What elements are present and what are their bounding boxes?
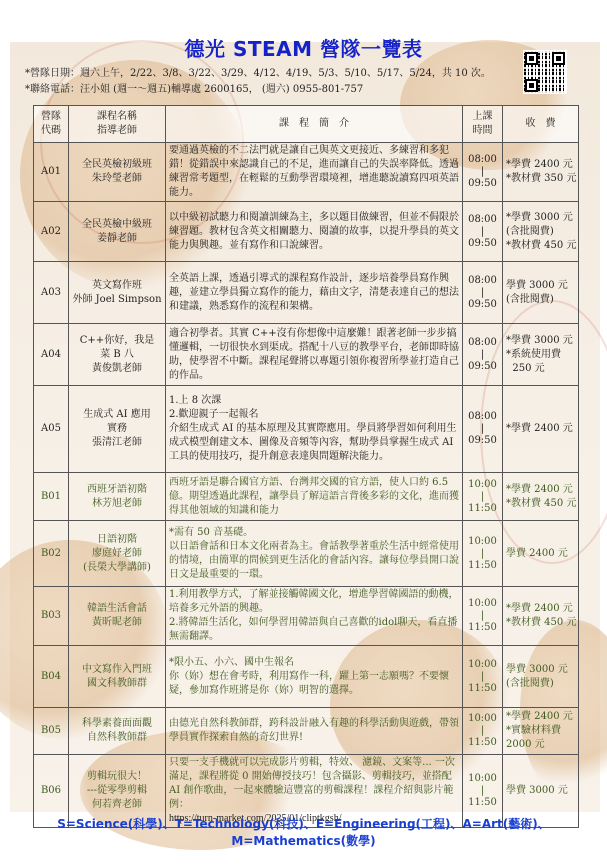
fee-line: *學費 2400 元: [506, 710, 575, 724]
course-fee: *學費 2400 元*實驗材料費2000 元: [503, 708, 579, 755]
course-name: 廖庭妤老師: [72, 547, 162, 561]
camp-code: B05: [34, 708, 69, 755]
description-line: 西班牙語是聯合國官方語、台灣邦交國的官方語，使人口約 6.5 億。期望透過此課程…: [169, 476, 459, 518]
time-divider: |: [466, 226, 499, 238]
teacher-name: 國文科教師群: [72, 677, 162, 691]
table-body: A01全民英檢初級班朱玲瑩老師要通過英檢的不二法門就是讓自己與英文更接近、多練習…: [34, 143, 579, 828]
time-end: 11:50: [466, 560, 499, 572]
course-fee: *學費 2400 元*教材費 350 元: [503, 143, 579, 202]
class-time: 10:00|11:50: [463, 587, 503, 646]
fee-line: *教材費 450 元: [506, 239, 575, 253]
fee-line: *學費 3000 元: [506, 211, 575, 225]
course-name: 實務: [72, 422, 162, 436]
fee-line: *學費 2400 元: [506, 483, 575, 497]
course-name: 全民英檢中級班: [72, 218, 162, 232]
fee-line: 學費 2400 元: [506, 547, 575, 561]
course-description: 以中級初試聽力和閱讀訓練為主，多以題目做練習，但並不侷限於練習題。教材包含英文相…: [166, 202, 463, 262]
steam-legend: S=Science(科學)、T=Technology(科技)、E=Enginee…: [0, 815, 607, 849]
table-header-row: 營隊 代碼 課程名稱 指導老師 課 程 簡 介 上課 時間 收 費: [34, 106, 579, 143]
course-fee: 學費 3000 元(含批閱費): [503, 262, 579, 324]
camp-code: A03: [34, 262, 69, 324]
course-fee: 學費 3000 元(含批閱費): [503, 646, 579, 708]
camp-code: A01: [34, 143, 69, 202]
table-row: A02全民英檢中級班姜靜老師以中級初試聽力和閱讀訓練為主，多以題目做練習，但並不…: [34, 202, 579, 262]
time-end: 09:50: [466, 361, 499, 373]
time-end: 11:50: [466, 737, 499, 749]
time-start: 10:00: [466, 659, 499, 671]
course-description: 1.利用教學方式，了解並接觸韓國文化，增進學習韓國語的動機， 培養多元外語的興趣…: [166, 587, 463, 646]
fee-line: 2000 元: [506, 738, 575, 752]
fee-line: *學費 2400 元: [506, 158, 575, 172]
course-description: 要通過英檢的不二法門就是讓自己與英文更接近、多練習和多犯錯！從錯誤中來認識自己的…: [166, 143, 463, 202]
time-end: 09:50: [466, 299, 499, 311]
class-time: 08:00|09:50: [463, 324, 503, 386]
time-start: 08:00: [466, 337, 499, 349]
teacher-name: 黃俊凱老師: [72, 362, 162, 376]
header-name: 課程名稱 指導老師: [69, 106, 166, 143]
course-name: 生成式 AI 應用: [72, 408, 162, 422]
camp-dates: *營隊日期：週六上午，2/22、3/8、3/22、3/29、4/12、4/19、…: [25, 66, 491, 82]
course-name-teacher: C++你好，我是菜 B 八黃俊凱老師: [69, 324, 166, 386]
class-time: 08:00|09:50: [463, 143, 503, 202]
header-description: 課 程 簡 介: [166, 106, 463, 143]
teacher-name: 林芳旭老師: [72, 497, 162, 511]
course-name-teacher: 英文寫作班外師 Joel Simpson: [69, 262, 166, 324]
time-end: 09:50: [466, 435, 499, 447]
course-name: 英文寫作班: [72, 279, 162, 293]
contact-phone: *聯絡電話：汪小姐 (週一～週五)輔導處 2600165， (週六) 0955-…: [25, 82, 491, 98]
time-divider: |: [466, 287, 499, 299]
time-divider: |: [466, 491, 499, 503]
description-line: 2.將韓語生活化，如何學習用韓語與自己喜歡的idol聊天，看直播無需翻譯。: [169, 616, 459, 644]
description-line: 全英語上課，透過引導式的課程寫作設計，逐步培養學員寫作興趣，並建立學員獨立寫作的…: [169, 272, 459, 314]
camp-code: A04: [34, 324, 69, 386]
course-fee: *學費 3000 元*系統使用費 250 元: [503, 324, 579, 386]
teacher-name: 黃昕昵老師: [72, 616, 162, 630]
fee-line: *系統使用費: [506, 348, 575, 362]
fee-line: (含批閱費): [506, 677, 575, 691]
description-line: 2.歡迎親子一起報名: [169, 408, 459, 422]
description-line: 只要一支手機就可以完成影片剪輯，特效、 濾鏡、文案等... 一次滿足，課程將從 …: [169, 756, 459, 812]
time-end: 11:50: [466, 503, 499, 515]
description-line: 適合初學者。其實 C++沒有你想像中這麼難！跟著老師一步步搞懂邏輯，一切很快水到…: [169, 327, 459, 383]
time-end: 11:50: [466, 797, 499, 809]
qr-finder: [525, 52, 538, 65]
time-start: 10:00: [466, 773, 499, 785]
course-name-teacher: 韓語生活會話黃昕昵老師: [69, 587, 166, 646]
course-fee: *學費 2400 元*教材費 450 元: [503, 587, 579, 646]
fee-line: *教材費 450 元: [506, 616, 575, 630]
header-time: 上課 時間: [463, 106, 503, 143]
description-line: 由德光自然科教師群，跨科設計融入有趣的科學活動與遊戲，帶領學員實作探索自然的奇幻…: [169, 717, 459, 745]
qr-finder: [552, 52, 565, 65]
time-divider: |: [466, 725, 499, 737]
class-time: 10:00|11:50: [463, 473, 503, 521]
teacher-name: 朱玲瑩老師: [72, 172, 162, 186]
course-name: 日語初階: [72, 533, 162, 547]
course-name-teacher: 生成式 AI 應用實務張清江老師: [69, 386, 166, 473]
course-fee: 學費 2400 元: [503, 521, 579, 587]
teacher-name: 外師 Joel Simpson: [72, 293, 162, 307]
description-line: 要通過英檢的不二法門就是讓自己與英文更接近、多練習和多犯錯！從錯誤中來認識自己的…: [169, 144, 459, 200]
fee-line: 250 元: [506, 362, 575, 376]
teacher-name: 自然科教師群: [72, 731, 162, 745]
time-divider: |: [466, 548, 499, 560]
table-row: B04中文寫作入門班國文科教師群*限小五、小六、國中生報名你（妳）想在會考時，利…: [34, 646, 579, 708]
time-divider: |: [466, 349, 499, 361]
time-divider: |: [466, 785, 499, 797]
course-name-teacher: 中文寫作入門班國文科教師群: [69, 646, 166, 708]
course-description: *限小五、小六、國中生報名你（妳）想在會考時，利用寫作一科，躍上第一志願嗎？不要…: [166, 646, 463, 708]
camp-code: B01: [34, 473, 69, 521]
description-line: 1.利用教學方式，了解並接觸韓國文化，增進學習韓國語的動機， 培養多元外語的興趣…: [169, 588, 459, 616]
course-name-teacher: 全民英檢中級班姜靜老師: [69, 202, 166, 262]
table-row: A04C++你好，我是菜 B 八黃俊凱老師適合初學者。其實 C++沒有你想像中這…: [34, 324, 579, 386]
description-line: 你（妳）想在會考時，利用寫作一科，躍上第一志願嗎？不要懷疑，參加寫作班將是你（妳…: [169, 670, 459, 698]
course-description: 西班牙語是聯合國官方語、台灣邦交國的官方語，使人口約 6.5 億。期望透過此課程…: [166, 473, 463, 521]
course-name-teacher: 日語初階廖庭妤老師(長榮大學講師): [69, 521, 166, 587]
course-name: 中文寫作入門班: [72, 663, 162, 677]
description-line: 介紹生成式 AI 的基本原理及其實際應用。學員將學習如何利用生成式模型創建文本、…: [169, 422, 459, 464]
course-fee: *學費 3000 元(含批閱費)*教材費 450 元: [503, 202, 579, 262]
course-description: *需有 50 音基礎。以日語會話和日本文化兩者為主。會話教學著重於生活中經常使用…: [166, 521, 463, 587]
time-divider: |: [466, 166, 499, 178]
course-name-teacher: 科學素養面面觀自然科教師群: [69, 708, 166, 755]
camp-code: B03: [34, 587, 69, 646]
course-name: 剪輯玩很大！: [72, 770, 162, 784]
camp-code: B02: [34, 521, 69, 587]
course-name: ---從零學剪輯: [72, 784, 162, 798]
course-name: C++你好，我是: [72, 334, 162, 348]
info-block: *營隊日期：週六上午，2/22、3/8、3/22、3/29、4/12、4/19、…: [25, 66, 491, 98]
time-divider: |: [466, 610, 499, 622]
course-name-teacher: 西班牙語初階林芳旭老師: [69, 473, 166, 521]
time-start: 10:00: [466, 536, 499, 548]
fee-line: (含批閱費): [506, 293, 575, 307]
time-end: 11:50: [466, 622, 499, 634]
course-fee: *學費 2400 元: [503, 386, 579, 473]
class-time: 10:00|11:50: [463, 646, 503, 708]
course-name: 科學素養面面觀: [72, 717, 162, 731]
fee-line: (含批閱費): [506, 225, 575, 239]
course-description: 適合初學者。其實 C++沒有你想像中這麼難！跟著老師一步步搞懂邏輯，一切很快水到…: [166, 324, 463, 386]
time-divider: |: [466, 423, 499, 435]
description-line: 1.上 8 次課: [169, 394, 459, 408]
teacher-name: (長榮大學講師): [72, 561, 162, 575]
header-code: 營隊 代碼: [34, 106, 69, 143]
class-time: 08:00|09:50: [463, 202, 503, 262]
time-start: 10:00: [466, 479, 499, 491]
course-name: 西班牙語初階: [72, 483, 162, 497]
fee-line: 學費 3000 元: [506, 279, 575, 293]
class-time: 10:00|11:50: [463, 708, 503, 755]
time-divider: |: [466, 671, 499, 683]
table-row: A05生成式 AI 應用實務張清江老師1.上 8 次課2.歡迎親子一起報名介紹生…: [34, 386, 579, 473]
teacher-name: 姜靜老師: [72, 232, 162, 246]
time-end: 11:50: [466, 683, 499, 695]
time-end: 09:50: [466, 238, 499, 250]
table-row: B01西班牙語初階林芳旭老師西班牙語是聯合國官方語、台灣邦交國的官方語，使人口約…: [34, 473, 579, 521]
camp-table: 營隊 代碼 課程名稱 指導老師 課 程 簡 介 上課 時間 收 費 A01全民英…: [33, 105, 579, 828]
header-fee: 收 費: [503, 106, 579, 143]
table-row: A03英文寫作班外師 Joel Simpson全英語上課，透過引導式的課程寫作設…: [34, 262, 579, 324]
time-start: 08:00: [466, 411, 499, 423]
camp-code: B04: [34, 646, 69, 708]
table-row: A01全民英檢初級班朱玲瑩老師要通過英檢的不二法門就是讓自己與英文更接近、多練習…: [34, 143, 579, 202]
course-fee: *學費 2400 元*教材費 450 元: [503, 473, 579, 521]
description-line: *限小五、小六、國中生報名: [169, 656, 459, 670]
fee-line: *教材費 350 元: [506, 172, 575, 186]
course-name-teacher: 全民英檢初級班朱玲瑩老師: [69, 143, 166, 202]
course-description: 全英語上課，透過引導式的課程寫作設計，逐步培養學員寫作興趣，並建立學員獨立寫作的…: [166, 262, 463, 324]
camp-code: A02: [34, 202, 69, 262]
time-start: 08:00: [466, 154, 499, 166]
teacher-name: 張清江老師: [72, 436, 162, 450]
fee-line: *實驗材料費: [506, 724, 575, 738]
course-description: 由德光自然科教師群，跨科設計融入有趣的科學活動與遊戲，帶領學員實作探索自然的奇幻…: [166, 708, 463, 755]
teacher-name: 何若齊老師: [72, 798, 162, 812]
course-name: 韓語生活會話: [72, 602, 162, 616]
table-row: B05科學素養面面觀自然科教師群由德光自然科教師群，跨科設計融入有趣的科學活動與…: [34, 708, 579, 755]
table-row: B03韓語生活會話黃昕昵老師1.利用教學方式，了解並接觸韓國文化，增進學習韓國語…: [34, 587, 579, 646]
fee-line: *學費 3000 元: [506, 334, 575, 348]
fee-line: 學費 3000 元: [506, 663, 575, 677]
camp-code: A05: [34, 386, 69, 473]
description-line: *需有 50 音基礎。: [169, 526, 459, 540]
table-row: B02日語初階廖庭妤老師(長榮大學講師)*需有 50 音基礎。以日語會話和日本文…: [34, 521, 579, 587]
qr-finder: [525, 79, 538, 92]
course-name: 全民英檢初級班: [72, 158, 162, 172]
qr-code[interactable]: [523, 50, 567, 94]
time-end: 09:50: [466, 178, 499, 190]
class-time: 10:00|11:50: [463, 521, 503, 587]
time-start: 10:00: [466, 598, 499, 610]
fee-line: *學費 2400 元: [506, 602, 575, 616]
description-line: 以日語會話和日本文化兩者為主。會話教學著重於生活中經常使用的情境，由簡單的問候到…: [169, 540, 459, 582]
fee-line: *學費 2400 元: [506, 422, 575, 436]
time-start: 08:00: [466, 275, 499, 287]
time-start: 10:00: [466, 713, 499, 725]
time-start: 08:00: [466, 214, 499, 226]
page-title: 德光 STEAM 營隊一覽表: [0, 33, 607, 62]
description-line: 以中級初試聽力和閱讀訓練為主，多以題目做練習，但並不侷限於練習題。教材包含英文相…: [169, 211, 459, 253]
fee-line: *教材費 450 元: [506, 497, 575, 511]
fee-line: 學費 3000 元: [506, 784, 575, 798]
class-time: 08:00|09:50: [463, 262, 503, 324]
class-time: 08:00|09:50: [463, 386, 503, 473]
course-name: 菜 B 八: [72, 348, 162, 362]
course-description: 1.上 8 次課2.歡迎親子一起報名介紹生成式 AI 的基本原理及其實際應用。學…: [166, 386, 463, 473]
